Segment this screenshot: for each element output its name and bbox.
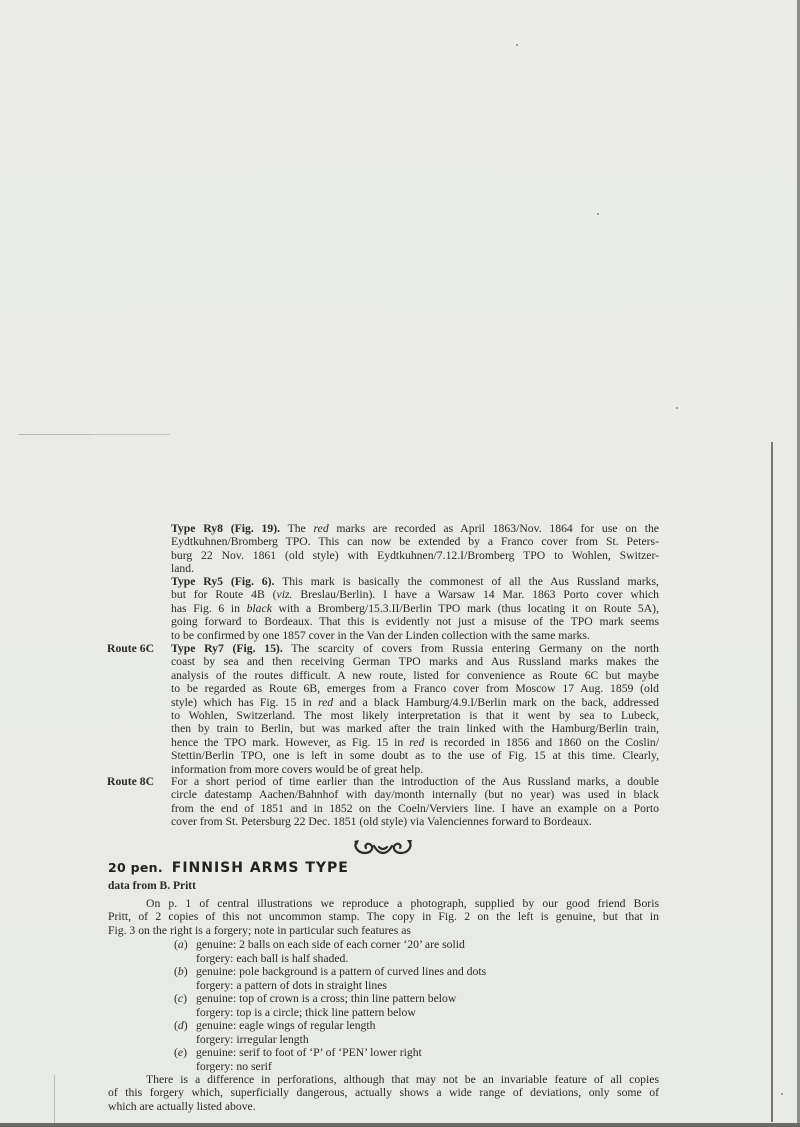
text-line: On p. 1 of central illustrations we repr…: [108, 897, 659, 910]
speck: [676, 407, 678, 409]
type-heading: Type Ry8 (Fig. 19).: [171, 522, 280, 535]
posthorn-ornament-icon: [352, 838, 414, 856]
closing-paragraph: There is a difference in perforations, a…: [108, 1073, 659, 1113]
genuine-text: genuine: eagle wings of regular length: [196, 1019, 375, 1032]
text-line: but for Route 4B (viz. Breslau/Berlin). …: [171, 588, 659, 601]
text-line: coast by sea and then receiving German T…: [171, 655, 659, 668]
genuine-text: genuine: 2 balls on each side of each co…: [196, 938, 465, 951]
intro-paragraph: On p. 1 of central illustrations we repr…: [108, 897, 659, 937]
text-line: Pritt, of 2 copies of this not uncommon …: [108, 910, 659, 923]
text-line: analysis of the routes difficult. A new …: [171, 669, 659, 682]
route-paragraph: Type Ry5 (Fig. 6). This mark is basicall…: [171, 575, 659, 642]
feature-tag: (d): [174, 1019, 188, 1032]
forgery-text: forgery: top is a circle; thick line pat…: [196, 1006, 416, 1019]
heading-title: FINNISH ARMS TYPE: [172, 860, 349, 876]
margin-tick: [54, 1075, 55, 1123]
route-label: Route 8C: [107, 775, 154, 788]
text-line: burg 22 Nov. 1861 (old style) with Eydtk…: [171, 549, 659, 562]
text-line: circle datestamp Aachen/Bahnhof with day…: [171, 788, 659, 801]
margin-rule: [771, 442, 773, 1122]
forgery-text: forgery: no serif: [196, 1060, 272, 1073]
feature-tag: (c): [174, 992, 187, 1005]
speck: [597, 213, 599, 215]
route-paragraph: Type Ry7 (Fig. 15). The scarcity of cove…: [171, 642, 659, 776]
genuine-text: genuine: serif to foot of ‘P’ of ‘PEN’ l…: [196, 1046, 422, 1059]
text-line: Type Ry8 (Fig. 19). The red marks are re…: [171, 522, 659, 535]
text-line: has Fig. 6 in black with a Bromberg/15.3…: [171, 602, 659, 615]
type-heading: Type Ry5 (Fig. 6).: [171, 575, 274, 588]
text-line: to be regarded as Route 6B, emerges from…: [171, 682, 659, 695]
text-line: Type Ry5 (Fig. 6). This mark is basicall…: [171, 575, 659, 588]
text-line: There is a difference in perforations, a…: [108, 1073, 659, 1086]
text-line: going forward to Bordeaux. That this is …: [171, 615, 659, 628]
feature-tag: (b): [174, 965, 188, 978]
text-line: to Wohlen, Switzerland. The most likely …: [171, 709, 659, 722]
type-heading: Type Ry7 (Fig. 15).: [171, 642, 283, 655]
route-paragraph: For a short period of time earlier than …: [171, 775, 659, 829]
feature-tag: (a): [174, 938, 188, 951]
text-line: of this forgery which, superficially dan…: [108, 1086, 659, 1099]
text-line: style) which has Fig. 15 in red and a bl…: [171, 696, 659, 709]
text-line: hence the TPO mark. However, as Fig. 15 …: [171, 736, 659, 749]
genuine-text: genuine: pole background is a pattern of…: [196, 965, 486, 978]
text-line: Stettin/Berlin TPO, one is left in some …: [171, 749, 659, 762]
forgery-text: forgery: irregular length: [196, 1033, 309, 1046]
text-line: then by train to Berlin, but was marked …: [171, 722, 659, 735]
faint-rule: [90, 434, 170, 435]
forgery-text: forgery: a pattern of dots in straight l…: [196, 979, 387, 992]
text-line: land.: [171, 562, 659, 575]
text-line: which are actually listed above.: [108, 1100, 659, 1113]
section-subheading: data from B. Pritt: [108, 880, 196, 893]
route-paragraph: Type Ry8 (Fig. 19). The red marks are re…: [171, 522, 659, 576]
text-line: Eydtkuhnen/Bromberg TPO. This can now be…: [171, 535, 659, 548]
section-heading: 20 pen. FINNISH ARMS TYPE: [108, 861, 349, 875]
text-line: from the end of 1851 and in 1852 on the …: [171, 802, 659, 815]
text-line: cover from St. Petersburg 22 Dec. 1851 (…: [171, 815, 659, 828]
page-edge-bottom: [0, 1123, 800, 1127]
text-line: Fig. 3 on the right is a forgery; note i…: [108, 924, 659, 937]
genuine-text: genuine: top of crown is a cross; thin l…: [196, 992, 456, 1005]
text-line: Type Ry7 (Fig. 15). The scarcity of cove…: [171, 642, 659, 655]
text-line: to be confirmed by one 1857 cover in the…: [171, 629, 659, 642]
text-line: For a short period of time earlier than …: [171, 775, 659, 788]
heading-prefix: 20 pen.: [108, 860, 163, 875]
speck: [781, 1093, 783, 1095]
route-label: Route 6C: [107, 642, 154, 655]
forgery-text: forgery: each ball is half shaded.: [196, 952, 348, 965]
speck: [516, 44, 518, 46]
feature-tag: (e): [174, 1046, 187, 1059]
